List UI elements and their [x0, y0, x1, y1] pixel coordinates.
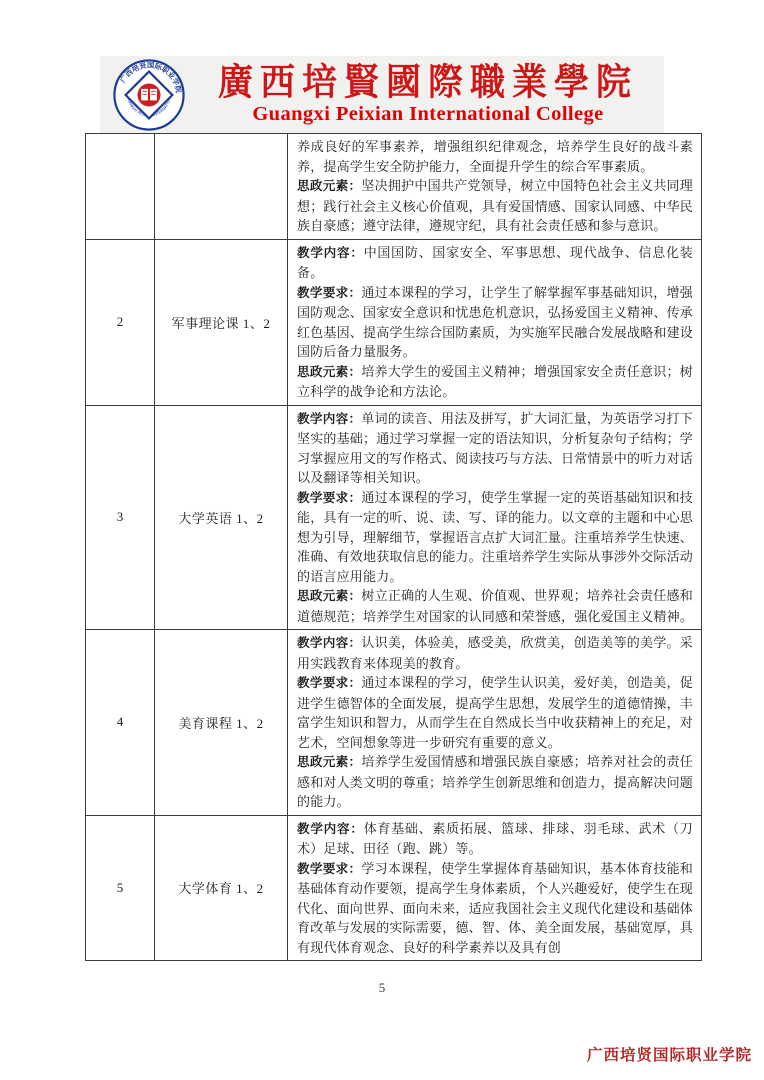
- page-number: 5: [0, 980, 764, 996]
- paragraph-label: 思政元素：: [297, 755, 361, 769]
- course-content-cell: 养成良好的军事素养，增强组织纪律观念，培养学生良好的战斗素养，提高学生安全防护能…: [288, 134, 702, 240]
- table-row: 5大学体育 1、2教学内容：体育基础、素质拓展、篮球、排球、羽毛球、武术（刀术）…: [86, 815, 702, 961]
- course-name-cell: 大学英语 1、2: [155, 405, 288, 630]
- paragraph-label: 教学要求：: [297, 862, 361, 876]
- paragraph-label: 思政元素：: [297, 365, 361, 379]
- table-row: 3大学英语 1、2教学内容：单词的读音、用法及拼写，扩大词汇量，为英语学习打下坚…: [86, 405, 702, 630]
- course-number-cell: 4: [86, 630, 155, 816]
- paragraph-label: 教学要求：: [297, 286, 361, 300]
- college-seal-icon: 广西培贤国际职业学院 GUANGXI PEIXIAN INTERNATIONAL…: [113, 59, 185, 131]
- table-row: 4美育课程 1、2教学内容：认识美，体验美，感受美，欣赏美，创造美等的美学。采用…: [86, 630, 702, 816]
- paragraph-label: 教学内容：: [297, 246, 364, 260]
- course-content-cell: 教学内容：中国国防、国家安全、军事思想、现代战争、信息化装备。教学要求：通过本课…: [288, 239, 702, 405]
- course-paragraph: 教学要求：通过本课程的学习，使学生掌握一定的英语基础知识和技能，具有一定的听、说…: [297, 488, 693, 587]
- course-content-cell: 教学内容：体育基础、素质拓展、篮球、排球、羽毛球、武术（刀术）足球、田径（跑、跳…: [288, 815, 702, 961]
- header-band: 广西培贤国际职业学院 GUANGXI PEIXIAN INTERNATIONAL…: [100, 56, 664, 134]
- course-paragraph: 教学内容：中国国防、国家安全、军事思想、现代战争、信息化装备。: [297, 243, 693, 283]
- course-number-cell: 3: [86, 405, 155, 630]
- course-table: 养成良好的军事素养，增强组织纪律观念，培养学生良好的战斗素养，提高学生安全防护能…: [85, 133, 702, 961]
- college-name-zh: 廣西培賢國際職業學院: [218, 64, 638, 103]
- course-name-cell: 大学体育 1、2: [155, 815, 288, 961]
- paragraph-label: 教学要求：: [297, 491, 361, 505]
- course-name-cell: 军事理论课 1、2: [155, 239, 288, 405]
- college-name-en: Guangxi Peixian International College: [252, 104, 603, 126]
- course-paragraph: 思政元素：树立正确的人生观、价值观、世界观；培养社会责任感和道德规范；培养学生对…: [297, 586, 693, 626]
- course-paragraph: 教学要求：通过本课程的学习，让学生了解掌握军事基础知识，增强国防观念、国家安全意…: [297, 283, 693, 362]
- document-page: { "header": { "college_name_zh": "廣西培賢國際…: [0, 0, 764, 1080]
- course-paragraph: 教学要求：学习本课程，使学生掌握体育基础知识，基本体育技能和基础体育动作要领，提…: [297, 859, 693, 958]
- table-row: 2军事理论课 1、2教学内容：中国国防、国家安全、军事思想、现代战争、信息化装备…: [86, 239, 702, 405]
- course-content-cell: 教学内容：认识美，体验美，感受美，欣赏美，创造美等的美学。采用实践教育来体现美的…: [288, 630, 702, 816]
- course-number-cell: [86, 134, 155, 240]
- paragraph-label: 思政元素：: [297, 179, 361, 193]
- course-name-cell: [155, 134, 288, 240]
- paragraph-label: 教学要求：: [297, 676, 361, 690]
- course-name-cell: 美育课程 1、2: [155, 630, 288, 816]
- paragraph-label: 教学内容：: [297, 636, 361, 650]
- paragraph-label: 教学内容：: [297, 412, 361, 426]
- footer-college-name: 广西培贤国际职业学院: [587, 1043, 752, 1065]
- table-row: 养成良好的军事素养，增强组织纪律观念，培养学生良好的战斗素养，提高学生安全防护能…: [86, 134, 702, 240]
- college-logo: 广西培贤国际职业学院 GUANGXI PEIXIAN INTERNATIONAL…: [106, 59, 192, 131]
- course-content-cell: 教学内容：单词的读音、用法及拼写，扩大词汇量，为英语学习打下坚实的基础；通过学习…: [288, 405, 702, 630]
- college-title-block: 廣西培賢國際職業學院 Guangxi Peixian International…: [192, 65, 664, 125]
- course-paragraph: 教学内容：单词的读音、用法及拼写，扩大词汇量，为英语学习打下坚实的基础；通过学习…: [297, 409, 693, 488]
- course-paragraph: 教学内容：体育基础、素质拓展、篮球、排球、羽毛球、武术（刀术）足球、田径（跑、跳…: [297, 819, 693, 859]
- course-paragraph: 教学内容：认识美，体验美，感受美，欣赏美，创造美等的美学。采用实践教育来体现美的…: [297, 633, 693, 673]
- paragraph-label: 教学内容：: [297, 822, 364, 836]
- paragraph-label: 思政元素：: [297, 589, 361, 603]
- course-number-cell: 5: [86, 815, 155, 961]
- course-paragraph: 养成良好的军事素养，增强组织纪律观念，培养学生良好的战斗素养，提高学生安全防护能…: [297, 137, 693, 176]
- course-paragraph: 思政元素：坚决拥护中国共产党领导，树立中国特色社会主义共同理想；践行社会主义核心…: [297, 176, 693, 236]
- course-table-body: 养成良好的军事素养，增强组织纪律观念，培养学生良好的战斗素养，提高学生安全防护能…: [86, 134, 702, 961]
- course-paragraph: 思政元素：培养大学生的爱国主义精神；增强国家安全责任意识；树立科学的战争论和方法…: [297, 362, 693, 402]
- course-paragraph: 思政元素：培养学生爱国情感和增强民族自豪感；培养对社会的责任感和对人类文明的尊重…: [297, 752, 693, 812]
- course-number-cell: 2: [86, 239, 155, 405]
- course-paragraph: 教学要求：通过本课程的学习，使学生认识美，爱好美，创造美，促进学生德智体的全面发…: [297, 673, 693, 752]
